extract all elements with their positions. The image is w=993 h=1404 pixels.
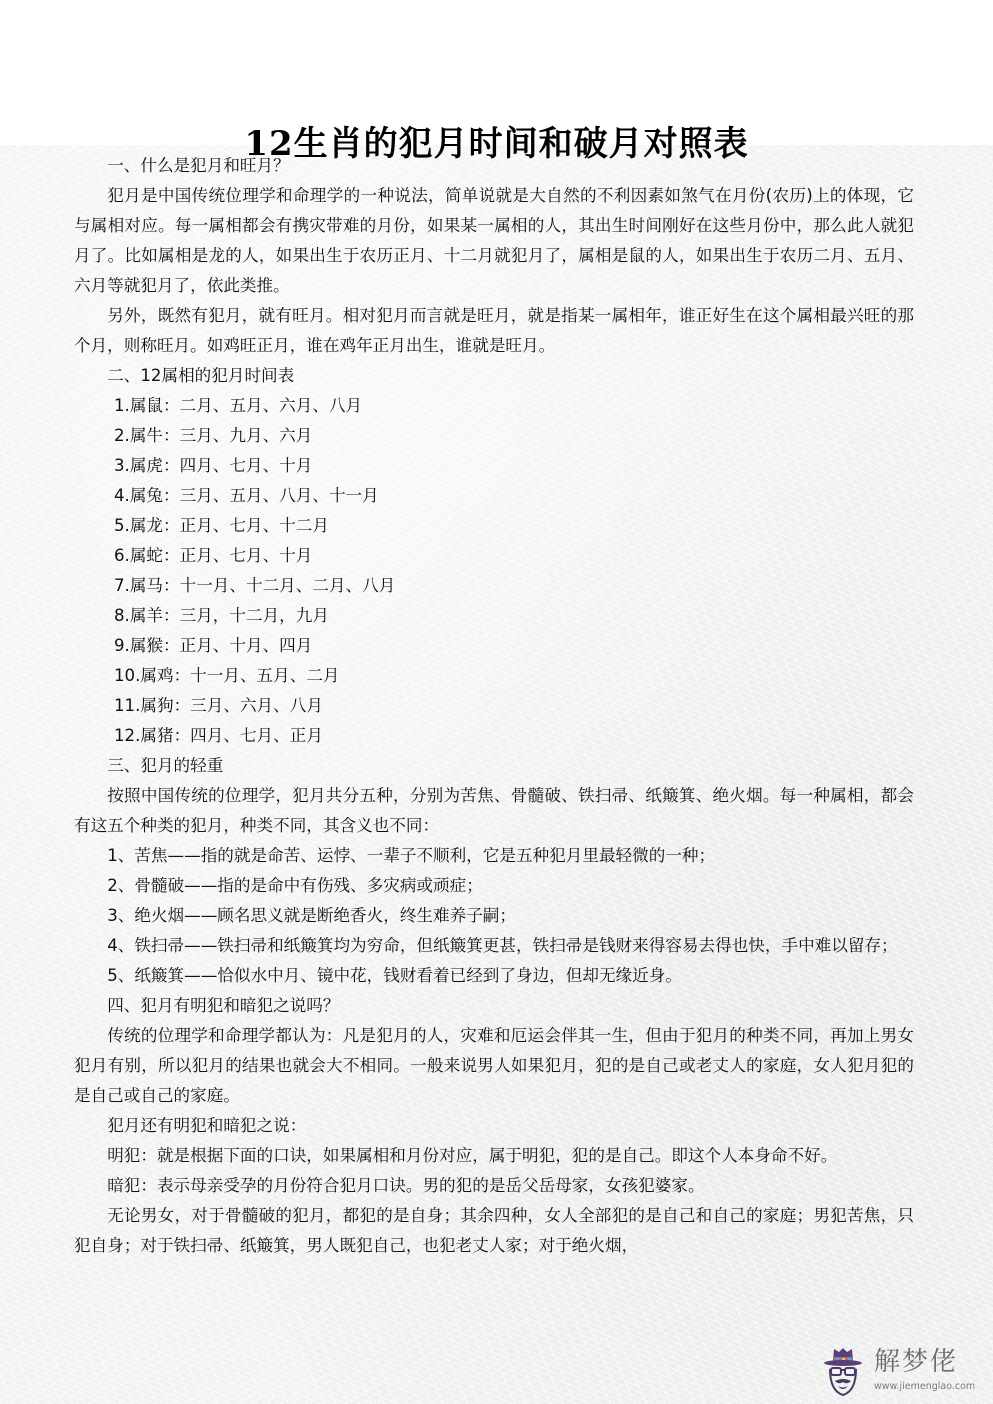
zodiac-row: 1.属鼠：二月、五月、六月、八月 bbox=[74, 391, 914, 421]
zodiac-row: 7.属马：十一月、十二月、二月、八月 bbox=[74, 571, 914, 601]
zodiac-label: 6.属蛇： bbox=[114, 546, 180, 565]
section-heading-2: 二、12属相的犯月时间表 bbox=[74, 361, 914, 391]
hat-glasses-beard-logo-icon bbox=[822, 1345, 864, 1397]
type-item: 3、绝火烟——顾名思义就是断绝香火，终生难养子嗣； bbox=[74, 901, 914, 931]
zodiac-table: 1.属鼠：二月、五月、六月、八月 2.属牛：三月、九月、六月 3.属虎：四月、七… bbox=[74, 391, 914, 751]
zodiac-label: 8.属羊： bbox=[114, 606, 180, 625]
watermark-name: 解梦佬 bbox=[874, 1345, 958, 1379]
paragraph: 按照中国传统的位理学，犯月共分五种，分别为苦焦、骨髓破、铁扫帚、纸簸箕、绝火烟。… bbox=[74, 781, 914, 841]
zodiac-row: 6.属蛇：正月、七月、十月 bbox=[74, 541, 914, 571]
zodiac-label: 9.属猴： bbox=[114, 636, 180, 655]
paragraph: 传统的位理学和命理学都认为：凡是犯月的人，灾难和厄运会伴其一生，但由于犯月的种类… bbox=[74, 1021, 914, 1111]
zodiac-months: 四月、七月、正月 bbox=[190, 726, 323, 745]
type-item: 1、苦焦——指的就是命苦、运悖、一辈子不顺利，它是五种犯月里最轻微的一种； bbox=[74, 841, 914, 871]
zodiac-label: 3.属虎： bbox=[114, 456, 180, 475]
zodiac-row: 10.属鸡：十一月、五月、二月 bbox=[74, 661, 914, 691]
paragraph: 犯月是中国传统位理学和命理学的一种说法，简单说就是大自然的不利因素如煞气在月份(… bbox=[74, 181, 914, 301]
zodiac-label: 7.属马： bbox=[114, 576, 180, 595]
paragraph: 无论男女，对于骨髓破的犯月，都犯的是自身；其余四种，女人全部犯的是自己和自己的家… bbox=[74, 1201, 914, 1261]
zodiac-row: 11.属狗：三月、六月、八月 bbox=[74, 691, 914, 721]
watermark-url: www.jiemenglao.com bbox=[874, 1381, 975, 1393]
document-body: 一、什么是犯月和旺月？ 犯月是中国传统位理学和命理学的一种说法，简单说就是大自然… bbox=[74, 151, 914, 1261]
zodiac-months: 十一月、五月、二月 bbox=[190, 666, 339, 685]
watermark: 解梦佬 www.jiemenglao.com bbox=[822, 1345, 993, 1404]
zodiac-months: 三月、六月、八月 bbox=[190, 696, 323, 715]
zodiac-months: 正月、七月、十月 bbox=[180, 546, 313, 565]
zodiac-months: 四月、七月、十月 bbox=[180, 456, 313, 475]
paragraph: 明犯：就是根据下面的口诀，如果属相和月份对应，属于明犯，犯的是自己。即这个人本身… bbox=[74, 1141, 914, 1171]
zodiac-row: 5.属龙：正月、七月、十二月 bbox=[74, 511, 914, 541]
zodiac-label: 11.属狗： bbox=[114, 696, 190, 715]
zodiac-months: 正月、十月、四月 bbox=[180, 636, 313, 655]
type-item: 4、铁扫帚——铁扫帚和纸簸箕均为穷命，但纸簸箕更甚，铁扫帚是钱财来得容易去得也快… bbox=[74, 931, 914, 961]
zodiac-label: 4.属兔： bbox=[114, 486, 180, 505]
zodiac-months: 正月、七月、十二月 bbox=[180, 516, 329, 535]
section-heading-4: 四、犯月有明犯和暗犯之说吗？ bbox=[74, 991, 914, 1021]
zodiac-label: 12.属猪： bbox=[114, 726, 190, 745]
zodiac-months: 三月，十二月，九月 bbox=[180, 606, 329, 625]
zodiac-row: 2.属牛：三月、九月、六月 bbox=[74, 421, 914, 451]
zodiac-label: 5.属龙： bbox=[114, 516, 180, 535]
zodiac-row: 4.属兔：三月、五月、八月、十一月 bbox=[74, 481, 914, 511]
section-heading-1: 一、什么是犯月和旺月？ bbox=[74, 151, 914, 181]
zodiac-label: 10.属鸡： bbox=[114, 666, 190, 685]
paragraph: 另外，既然有犯月，就有旺月。相对犯月而言就是旺月，就是指某一属相年，谁正好生在这… bbox=[74, 301, 914, 361]
section-heading-3: 三、犯月的轻重 bbox=[74, 751, 914, 781]
zodiac-months: 三月、五月、八月、十一月 bbox=[180, 486, 379, 505]
zodiac-months: 十一月、十二月、二月、八月 bbox=[180, 576, 396, 595]
zodiac-label: 2.属牛： bbox=[114, 426, 180, 445]
type-item: 2、骨髓破——指的是命中有伤残、多灾病或顽症； bbox=[74, 871, 914, 901]
zodiac-row: 12.属猪：四月、七月、正月 bbox=[74, 721, 914, 751]
type-item: 5、纸簸箕——恰似水中月、镜中花，钱财看着已经到了身边，但却无缘近身。 bbox=[74, 961, 914, 991]
paragraph: 暗犯：表示母亲受孕的月份符合犯月口诀。男的犯的是岳父岳母家，女孩犯婆家。 bbox=[74, 1171, 914, 1201]
zodiac-row: 8.属羊：三月，十二月，九月 bbox=[74, 601, 914, 631]
zodiac-row: 9.属猴：正月、十月、四月 bbox=[74, 631, 914, 661]
zodiac-months: 二月、五月、六月、八月 bbox=[180, 396, 363, 415]
paragraph: 犯月还有明犯和暗犯之说： bbox=[74, 1111, 914, 1141]
zodiac-months: 三月、九月、六月 bbox=[180, 426, 313, 445]
zodiac-row: 3.属虎：四月、七月、十月 bbox=[74, 451, 914, 481]
zodiac-label: 1.属鼠： bbox=[114, 396, 180, 415]
